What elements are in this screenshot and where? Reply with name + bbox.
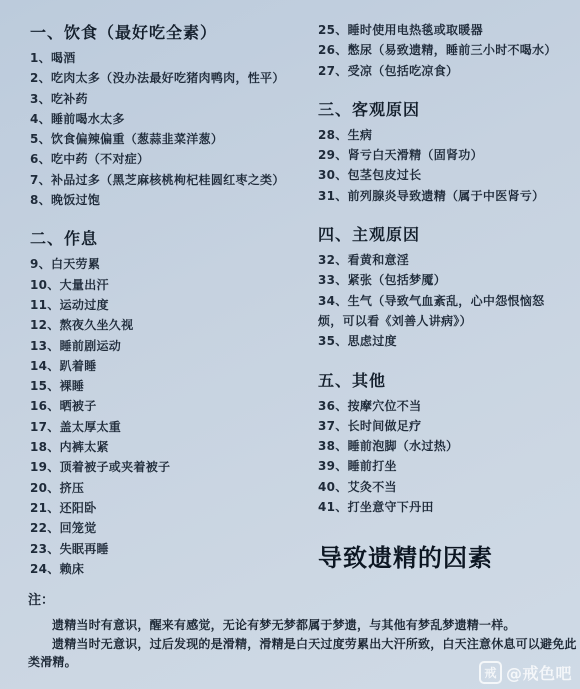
list-item: 37、长时间做足疗	[318, 416, 560, 436]
list-item: 21、还阳卧	[30, 498, 288, 518]
column-left: 一、饮食（最好吃全素）1、喝酒2、吃肉太多（没办法最好吃猪肉鸭肉，性平）3、吃补…	[30, 20, 288, 579]
section-heading: 三、客观原因	[318, 97, 560, 123]
list-item: 33、紧张（包括梦魇）	[318, 270, 560, 290]
watermark: 戒 @戒色吧	[479, 661, 572, 684]
note-paragraph-1: 遗精当时有意识，醒来有感觉，无论有梦无梦都属于梦遗，与其他有梦乱梦遗精一样。	[28, 616, 580, 635]
list-item: 20、挤压	[30, 478, 288, 498]
list-item: 3、吃补药	[30, 89, 288, 109]
list-item: 11、运动过度	[30, 295, 288, 315]
list-item: 30、包茎包皮过长	[318, 165, 560, 185]
watermark-handle: @戒色吧	[506, 661, 572, 684]
note-label: 注：	[28, 592, 580, 610]
list-item: 27、受凉（包括吃凉食）	[318, 61, 560, 81]
section-heading: 四、主观原因	[318, 222, 560, 248]
list-item: 23、失眠再睡	[30, 539, 288, 559]
list-item: 35、思虑过度	[318, 331, 560, 351]
list-item: 29、肾亏白天滑精（固肾功）	[318, 145, 560, 165]
list-item: 31、前列腺炎导致遗精（属于中医肾亏）	[318, 186, 560, 206]
list-item: 22、回笼觉	[30, 518, 288, 538]
list-item: 34、生气（导致气血紊乱，心中怨恨恼怒烦，可以看《刘善人讲病》）	[318, 291, 560, 332]
list-item: 1、喝酒	[30, 48, 288, 68]
list-item: 18、内裤太紧	[30, 437, 288, 457]
list-item: 25、睡时使用电热毯或取暖器	[318, 20, 560, 40]
list-item: 32、看黄和意淫	[318, 250, 560, 270]
section-heading: 五、其他	[318, 368, 560, 394]
list-item: 28、生病	[318, 125, 560, 145]
list-item: 41、打坐意守下丹田	[318, 497, 560, 517]
list-item: 12、熬夜久坐久视	[30, 315, 288, 335]
list-item: 14、趴着睡	[30, 356, 288, 376]
list-item: 5、饮食偏辣偏重（葱蒜韭菜洋葱）	[30, 129, 288, 149]
list-item: 17、盖太厚太重	[30, 417, 288, 437]
list-item: 7、补品过多（黑芝麻核桃枸杞桂圆红枣之类）	[30, 170, 288, 190]
list-item: 19、顶着被子或夹着被子	[30, 457, 288, 477]
column-right: 25、睡时使用电热毯或取暖器26、憋尿（易致遗精，睡前三小时不喝水）27、受凉（…	[318, 20, 560, 575]
list-item: 24、赖床	[30, 559, 288, 579]
jiese-logo-icon: 戒	[479, 661, 502, 684]
poster-title: 导致遗精的因素	[318, 541, 560, 575]
list-item: 38、睡前泡脚（水过热）	[318, 436, 560, 456]
section-heading: 一、饮食（最好吃全素）	[30, 20, 288, 46]
list-item: 13、睡前剧运动	[30, 336, 288, 356]
note-section: 注： 遗精当时有意识，醒来有感觉，无论有梦无梦都属于梦遗，与其他有梦乱梦遗精一样…	[28, 592, 580, 672]
list-item: 4、睡前喝水太多	[30, 109, 288, 129]
list-item: 9、白天劳累	[30, 254, 288, 274]
list-item: 15、裸睡	[30, 376, 288, 396]
infographic-page: 一、饮食（最好吃全素）1、喝酒2、吃肉太多（没办法最好吃猪肉鸭肉，性平）3、吃补…	[0, 0, 580, 689]
list-item: 6、吃中药（不对症）	[30, 149, 288, 169]
list-item: 40、艾灸不当	[318, 477, 560, 497]
list-item: 39、睡前打坐	[318, 456, 560, 476]
list-item: 16、晒被子	[30, 396, 288, 416]
list-item: 10、大量出汗	[30, 275, 288, 295]
list-item: 8、晚饭过饱	[30, 190, 288, 210]
list-item: 36、按摩穴位不当	[318, 396, 560, 416]
section-heading: 二、作息	[30, 226, 288, 252]
list-item: 26、憋尿（易致遗精，睡前三小时不喝水）	[318, 40, 560, 60]
list-item: 2、吃肉太多（没办法最好吃猪肉鸭肉，性平）	[30, 68, 288, 88]
